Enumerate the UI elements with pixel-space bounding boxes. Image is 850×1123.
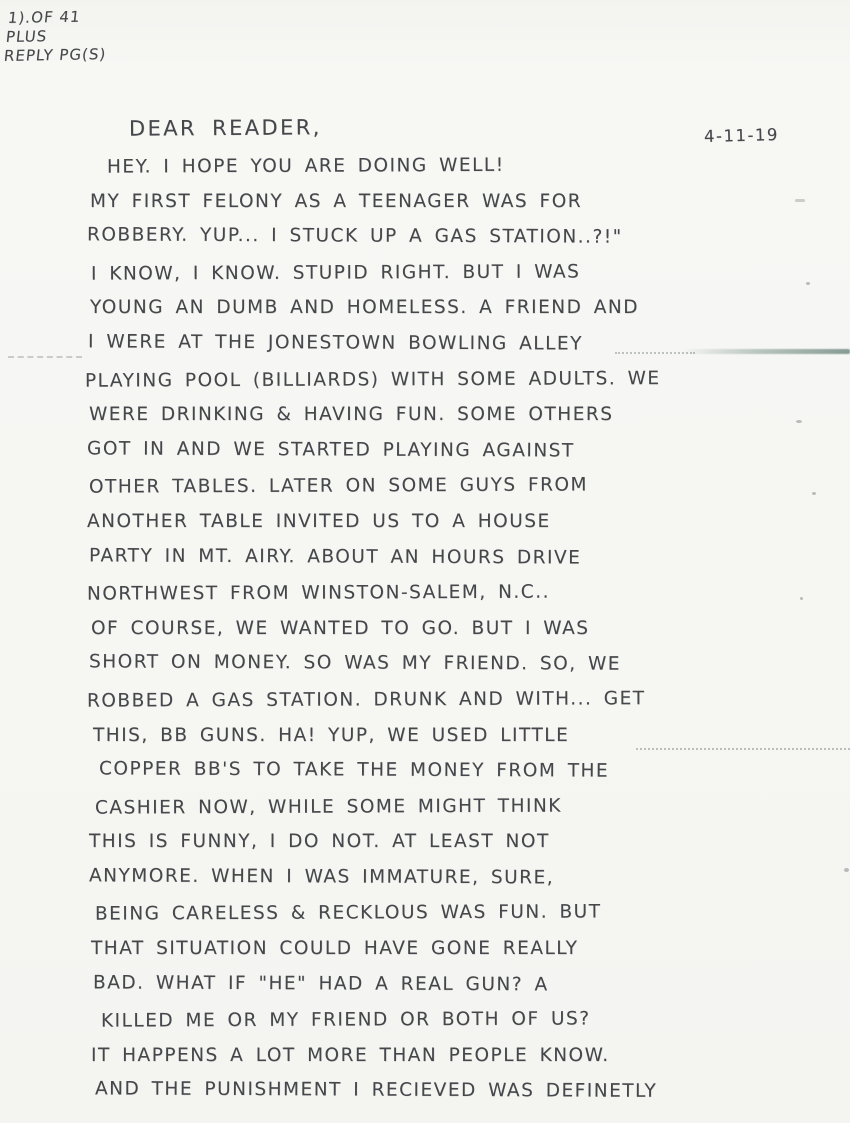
- page-corner-note: 1).OF 41 PLUS REPLY PG(S): [3, 7, 111, 66]
- letter-date: 4-11-19: [704, 125, 779, 146]
- letter-line: KILLED ME OR MY FRIEND OR BOTH OF US?: [101, 1008, 830, 1047]
- letter-line: WERE DRINKING & HAVING FUN. SOME OTHERS: [89, 404, 830, 440]
- letter-line: BAD. WHAT IF "HE" HAD A REAL GUN? A: [93, 972, 830, 1011]
- letter-line: THIS IS FUNNY, I DO NOT. AT LEAST NOT: [89, 831, 830, 867]
- letter-line: OTHER TABLES. LATER ON SOME GUYS FROM: [89, 474, 830, 513]
- letter-line: NORTHWEST FROM WINSTON-SALEM, N.C..: [87, 581, 830, 620]
- letter-line: ROBBED A GAS STATION. DRUNK AND WITH... …: [87, 687, 830, 726]
- letter-line: THAT SITUATION COULD HAVE GONE REALLY: [91, 938, 830, 974]
- letter-line: AND THE PUNISHMENT I RECIEVED WAS DEFINE…: [95, 1079, 830, 1118]
- salutation: DEAR READER,: [129, 115, 322, 140]
- letter-line: GOT IN AND WE STARTED PLAYING AGAINST: [87, 438, 830, 477]
- letter-line: SHORT ON MONEY. SO WAS MY FRIEND. SO, WE: [89, 652, 830, 691]
- letter-line: COPPER BB'S TO TAKE THE MONEY FROM THE: [99, 758, 830, 797]
- letter-line: MY FIRST FELONY AS A TEENAGER WAS FOR: [90, 191, 830, 227]
- scan-speck: [844, 868, 849, 872]
- letter-line: ROBBERY. YUP... I STUCK UP A GAS STATION…: [87, 225, 830, 264]
- letter-line: BEING CARELESS & RECKLOUS WAS FUN. BUT: [95, 901, 830, 940]
- letter-line: PLAYING POOL (BILLIARDS) WITH SOME ADULT…: [85, 367, 830, 406]
- letter-line: ANYMORE. WHEN I WAS IMMATURE, SURE,: [89, 865, 830, 904]
- letter-line: ANOTHER TABLE INVITED US TO A HOUSE: [87, 511, 830, 547]
- letter-line: CASHIER NOW, WHILE SOME MIGHT THINK: [95, 794, 830, 833]
- letter-line: IT HAPPENS A LOT MORE THAN PEOPLE KNOW.: [91, 1045, 830, 1081]
- scan-dash-artifact: [8, 356, 82, 358]
- letter-line: I WERE AT THE JONESTOWN BOWLING ALLEY: [88, 331, 830, 370]
- corner-note-line: 1).OF 41: [7, 7, 111, 28]
- letter-line: THIS, BB GUNS. HA! YUP, WE USED LITTLE: [93, 725, 830, 761]
- letter-page: 1).OF 41 PLUS REPLY PG(S) DEAR READER, 4…: [0, 0, 850, 1123]
- corner-note-line: REPLY PG(S): [3, 45, 107, 66]
- letter-body: HEY. I HOPE YOU ARE DOING WELL!MY FIRST …: [85, 155, 830, 1116]
- letter-line: I KNOW, I KNOW. STUPID RIGHT. BUT I WAS: [91, 260, 830, 299]
- letter-line: PARTY IN MT. AIRY. ABOUT AN HOURS DRIVE: [89, 545, 830, 584]
- letter-line: HEY. I HOPE YOU ARE DOING WELL!: [107, 153, 830, 192]
- corner-note-line: PLUS: [5, 26, 109, 47]
- letter-header-row: DEAR READER, 4-11-19: [85, 116, 793, 145]
- letter-line: OF COURSE, WE WANTED TO GO. BUT I WAS: [91, 618, 830, 654]
- letter-line: YOUNG AN DUMB AND HOMELESS. A FRIEND AND: [90, 297, 830, 333]
